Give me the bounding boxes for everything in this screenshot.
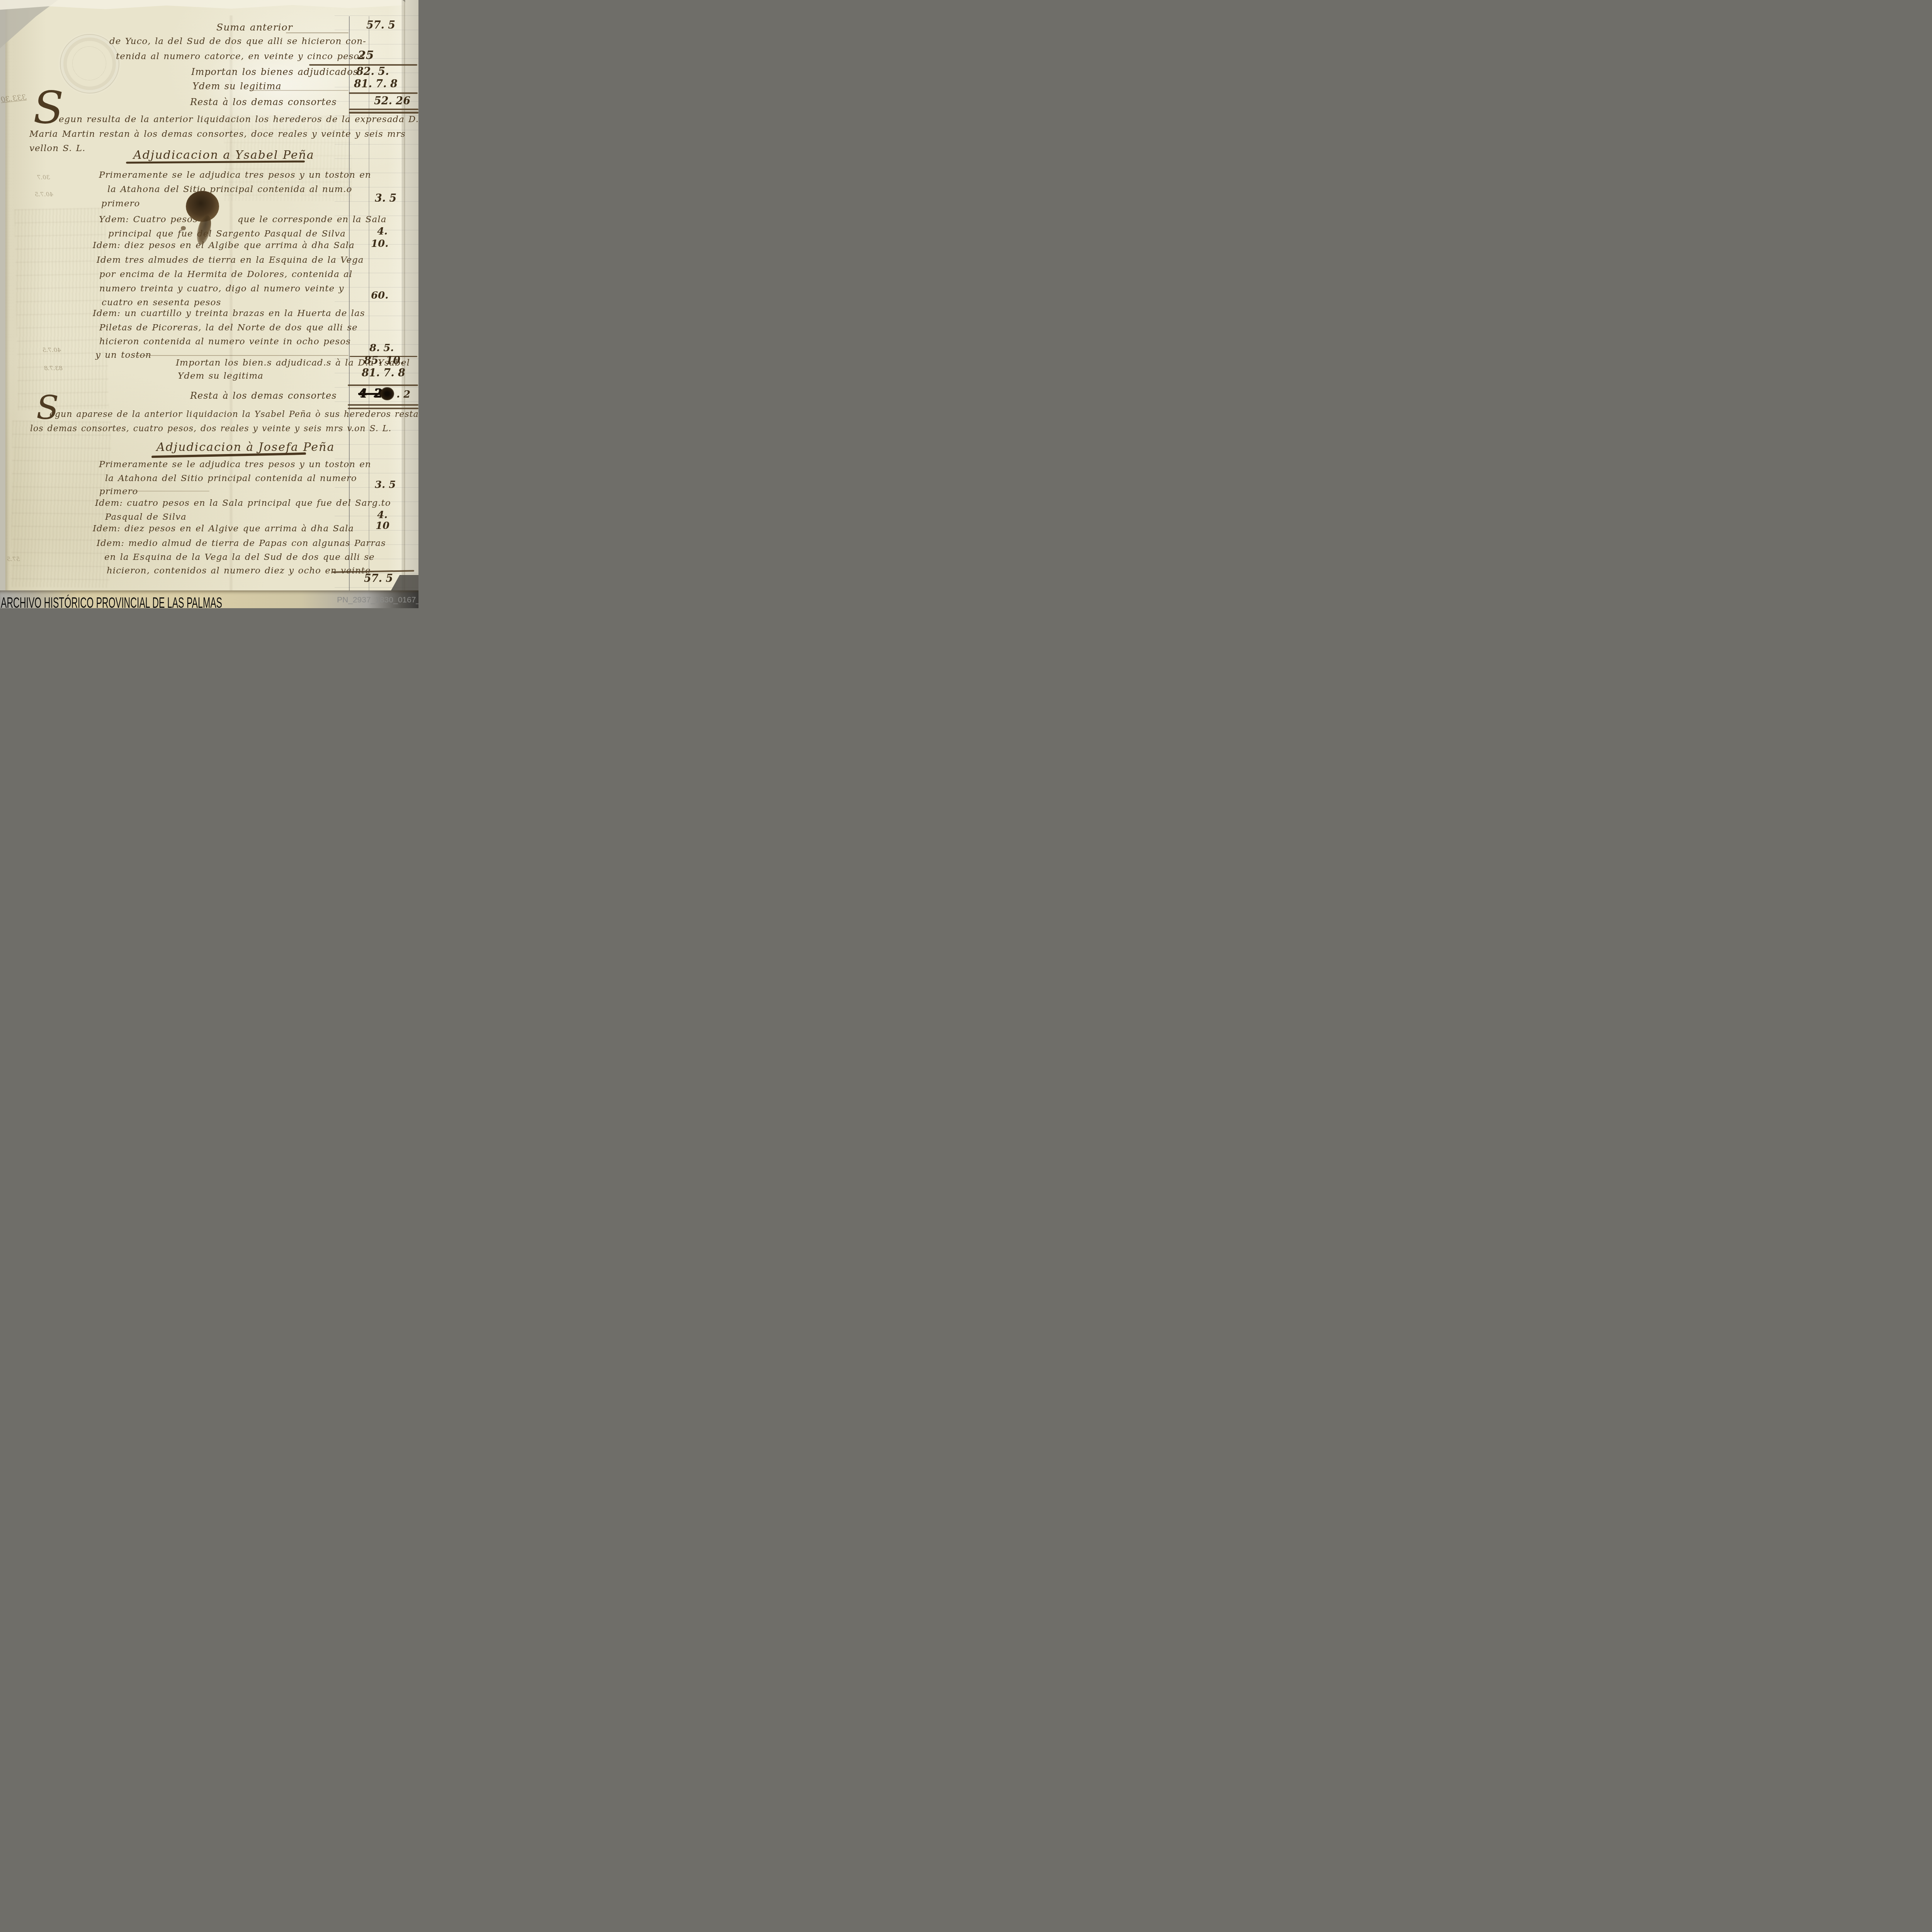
manuscript-line: los demas consortes, cuatro pesos, dos r… [30,424,391,434]
manuscript-line: vellon S. L. [29,143,85,153]
section-heading: Adjudicacion à Josefa Peña [156,440,335,454]
reference-code-label: PN_2937_1830_0167_V [337,595,418,605]
manuscript-line: Idem: diez pesos en el Algive que arrima… [93,524,354,534]
amount-value: 3. 5 [375,192,396,204]
manuscript-line: la Atahona del Sitio principal contenida… [107,184,352,194]
amount-value: 25 [358,49,374,62]
manuscript-line: Idem: cuatro pesos en la Sala principal … [95,498,391,508]
manuscript-page: 333.30 30.7 40.7.5 40.7.5 83.7.8 57.5 Su… [0,0,418,608]
manuscript-line: primero [101,199,140,209]
column-rule-line [402,0,403,594]
manuscript-line: tenida al numero catorce, en veinte y ci… [116,51,364,61]
margin-bleed-number: 40.7.5 [35,191,53,198]
margin-bleed-number: 30.7 [37,174,50,181]
manuscript-line: Ydem su legitima [178,371,264,381]
manuscript-line: Idem: diez pesos en el Algibe que arrima… [93,240,355,250]
manuscript-line: Idem: un cuartillo y treinta brazas en l… [93,308,365,318]
manuscript-line: Pasqual de Silva [105,512,187,522]
manuscript-line: Resta à los demas consortes [190,390,337,401]
sum-rule [348,404,418,406]
section-heading: Adjudicacion a Ysabel Peña [133,148,315,162]
manuscript-line: Idem: medio almud de tierra de Papas con… [97,538,386,548]
manuscript-line: de Yuco, la del Sud de dos que alli se h… [109,36,366,46]
manuscript-line: hicieron, contenidos al numero diez y oc… [107,566,371,576]
manuscript-line: Piletas de Picoreras, la del Norte de do… [99,323,358,333]
amount-value: 85. 10. [364,355,404,367]
manuscript-line: Primeramente se le adjudica tres pesos y… [99,459,371,469]
manuscript-line: hicieron contenida al numero veinte in o… [99,337,351,347]
ink-blot-droplet [181,226,186,230]
margin-bleed-number: 40.7.5 [43,347,61,354]
manuscript-line: en la Esquina de la Vega la del Sud de d… [104,552,375,562]
sum-rule [348,408,418,409]
amount-value: 4. [377,509,388,521]
amount-value: 3. 5 [375,479,396,491]
sum-rule [349,92,418,94]
amount-value: 82. 5. [356,66,389,78]
manuscript-line: principal que fue del Sargento Pasqual d… [108,229,346,239]
sum-rule [348,384,418,386]
manuscript-line: Importan los bienes adjudicados [191,66,358,77]
margin-bleed-number: 83.7.8 [44,365,63,372]
amount-value: 57. 5 [366,19,395,31]
manuscript-line: por encima de la Hermita de Dolores, con… [99,269,352,279]
amount-value: 81. 7. 8 [362,367,405,379]
amount-value: 81. 7. 8 [354,78,398,90]
scanned-document: 333.30 30.7 40.7.5 40.7.5 83.7.8 57.5 Su… [0,0,418,608]
margin-bleed-number: 57.5 [7,556,20,563]
amount-value: 10. [371,238,388,250]
amount-value: 52. 26 [374,95,410,107]
manuscript-line: Resta à los demas consortes [190,97,337,107]
sum-rule [349,112,418,114]
torn-top-edge [0,0,406,13]
manuscript-line: primero [99,486,138,497]
manuscript-line: egun aparese de la anterior liquidacion … [49,410,418,419]
page-left-edge [0,0,5,608]
amount-value: . 2 [396,389,410,400]
ink-blot-over-amount [380,387,394,400]
manuscript-line: la Atahona del Sitio principal contenida… [105,473,357,483]
manuscript-line: Suma anterior [216,22,293,33]
leader-line [135,355,349,356]
amount-value: 10 [376,520,389,532]
amount-value: 57. 5 [364,573,393,585]
ink-blot [186,191,219,222]
amount-value: 8. 5. [369,342,394,354]
manuscript-line: numero treinta y cuatro, digo al numero … [99,284,344,294]
leader-line [132,491,209,492]
decorative-initial: S [36,391,59,424]
manuscript-line: cuatro en sesenta pesos [102,298,221,308]
leader-line [286,32,349,33]
leader-line [250,90,349,91]
manuscript-line: Maria Martin restan à los demas consorte… [29,129,406,139]
manuscript-line: Ydem: Cuatro pesos que le corresponde en… [99,214,386,224]
manuscript-line: Idem tres almudes de tierra en la Esquin… [97,255,364,265]
sum-rule [349,109,418,110]
manuscript-line: egun resulta de la anterior liquidacion … [59,114,418,124]
manuscript-line: Primeramente se le adjudica tres pesos y… [99,170,371,180]
embossed-seal-inner-ring [72,46,106,80]
amount-value: 4. [377,226,388,237]
archive-name-label: ARCHIVO HISTÓRICO PROVINCIAL DE LAS PALM… [1,595,222,608]
amount-value: 60. [371,290,388,301]
